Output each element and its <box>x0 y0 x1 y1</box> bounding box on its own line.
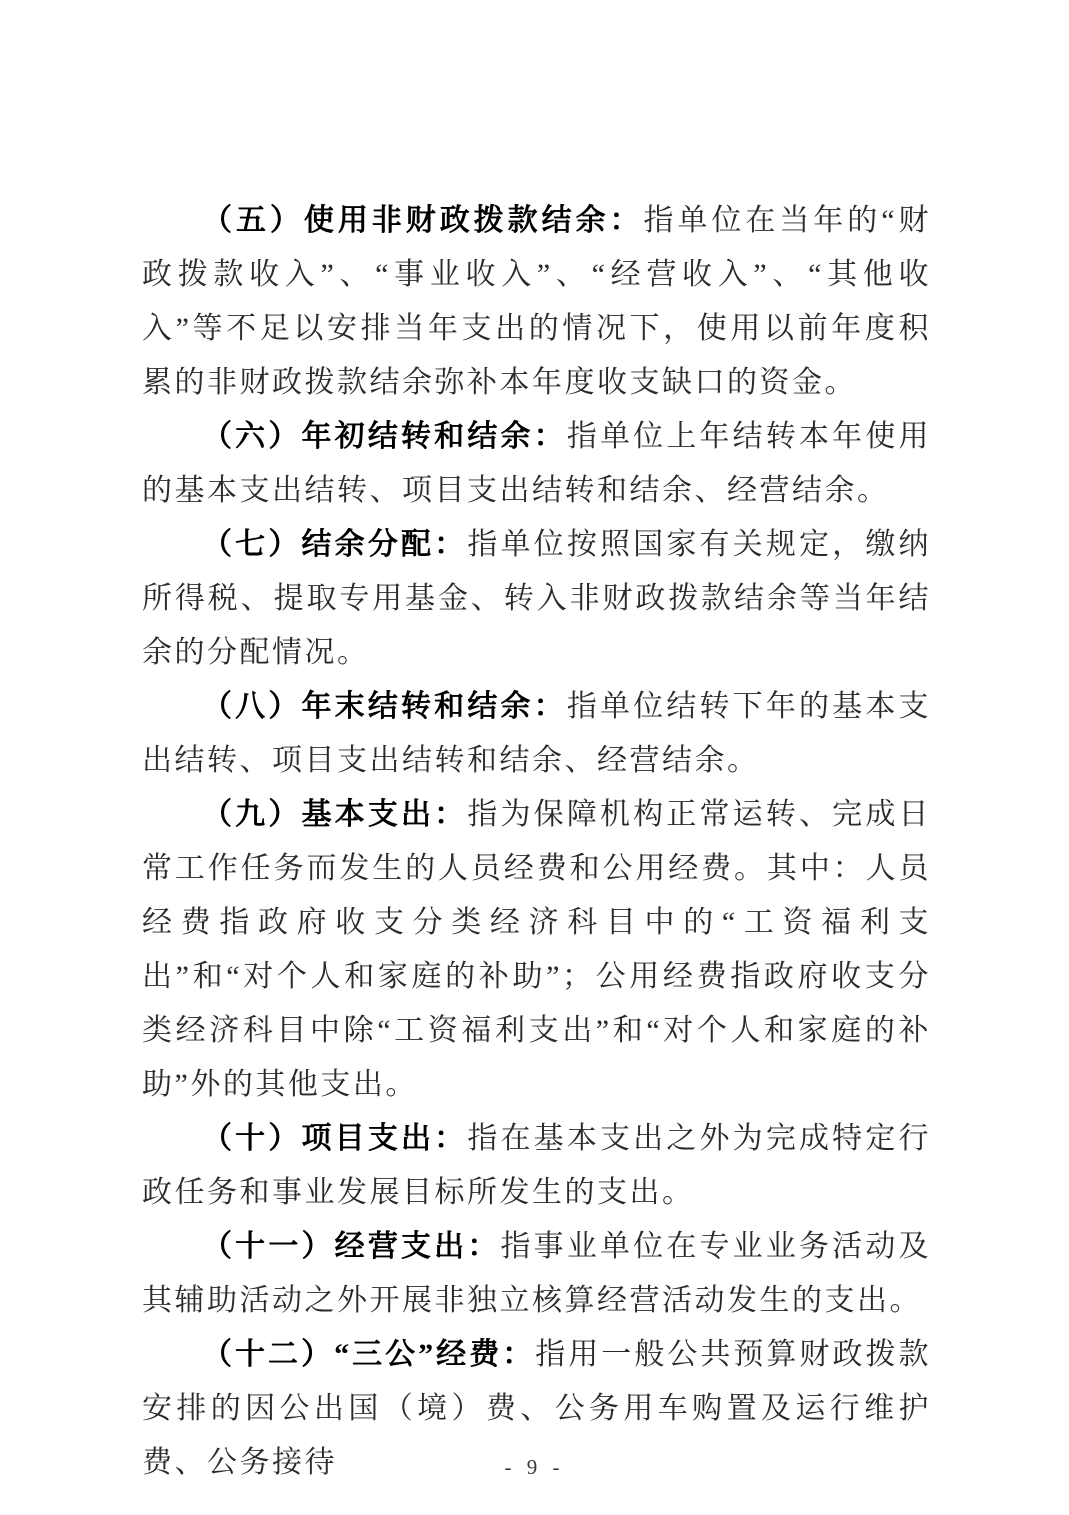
definition-paragraph: （六）年初结转和结余：指单位上年结转本年使用的基本支出结转、项目支出结转和结余、… <box>142 410 931 518</box>
document-body: （五）使用非财政拨款结余：指单位在当年的“财政拨款收入”、“事业收入”、“经营收… <box>142 194 931 1490</box>
definition-paragraph: （八）年末结转和结余：指单位结转下年的基本支出结转、项目支出结转和结余、经营结余… <box>142 680 931 788</box>
definition-paragraph: （九）基本支出：指为保障机构正常运转、完成日常工作任务而发生的人员经费和公用经费… <box>142 788 931 1112</box>
definition-paragraph: （十一）经营支出：指事业单位在专业业务活动及其辅助活动之外开展非独立核算经营活动… <box>142 1220 931 1328</box>
term-label: （十二）“三公”经费： <box>202 1338 535 1371</box>
term-label: （九）基本支出： <box>202 798 467 831</box>
page-number: - 9 - <box>505 1455 565 1479</box>
term-label: （七）结余分配： <box>202 528 467 561</box>
page-footer: - 9 - <box>0 1455 1069 1480</box>
term-label: （五）使用非财政拨款结余： <box>202 204 644 237</box>
term-label: （十一）经营支出： <box>202 1230 501 1263</box>
document-page: （五）使用非财政拨款结余：指单位在当年的“财政拨款收入”、“事业收入”、“经营收… <box>0 0 1069 1515</box>
definition-paragraph: （十）项目支出：指在基本支出之外为完成特定行政任务和事业发展目标所发生的支出。 <box>142 1112 931 1220</box>
term-label: （六）年初结转和结余： <box>202 420 567 453</box>
definition-paragraph: （五）使用非财政拨款结余：指单位在当年的“财政拨款收入”、“事业收入”、“经营收… <box>142 194 931 410</box>
definition-paragraph: （七）结余分配：指单位按照国家有关规定，缴纳所得税、提取专用基金、转入非财政拨款… <box>142 518 931 680</box>
term-label: （八）年末结转和结余： <box>202 690 567 723</box>
definition-text: 指为保障机构正常运转、完成日常工作任务而发生的人员经费和公用经费。其中：人员经费… <box>142 798 931 1101</box>
term-label: （十）项目支出： <box>202 1122 467 1155</box>
